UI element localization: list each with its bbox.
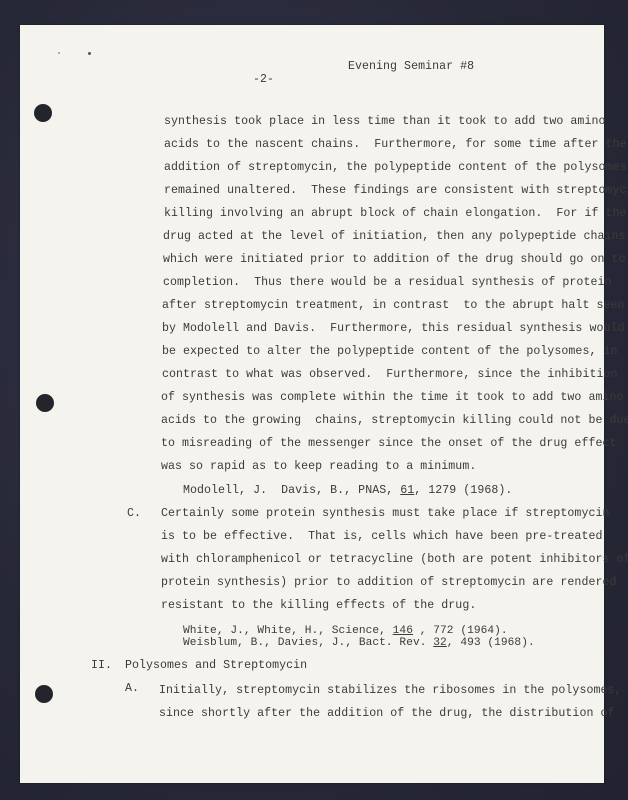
punch-hole-icon bbox=[35, 685, 53, 703]
citation-text: Weisblum, B., Davies, J., Bact. Rev. bbox=[183, 637, 433, 649]
section-marker: II. bbox=[91, 659, 112, 673]
citation-volume: 32 bbox=[433, 637, 447, 649]
text-line: completion. Thus there would be a residu… bbox=[163, 276, 611, 290]
text-line: contrast to what was observed. Furthermo… bbox=[162, 368, 617, 382]
text-line: resistant to the killing effects of the … bbox=[161, 599, 476, 613]
text-line: acids to the growing chains, streptomyci… bbox=[161, 414, 628, 428]
text-line: killing involving an abrupt block of cha… bbox=[164, 207, 627, 221]
speck-mark bbox=[58, 52, 60, 54]
text-line: by Modolell and Davis. Furthermore, this… bbox=[162, 322, 625, 336]
section-marker: C. bbox=[127, 507, 141, 521]
citation-text: Modolell, J. Davis, B., PNAS, bbox=[183, 484, 400, 497]
citation-text: , 493 (1968). bbox=[447, 637, 535, 649]
punch-hole-icon bbox=[36, 394, 54, 412]
text-line: Certainly some protein synthesis must ta… bbox=[161, 507, 609, 521]
text-line: which were initiated prior to addition o… bbox=[163, 253, 626, 267]
text-line: to misreading of the messenger since the… bbox=[161, 437, 616, 451]
text-line: was so rapid as to keep reading to a min… bbox=[161, 460, 476, 474]
citation-volume: 61 bbox=[400, 484, 414, 497]
text-line: remained unaltered. These findings are c… bbox=[164, 184, 628, 198]
text-line: after streptomycin treatment, in contras… bbox=[162, 299, 625, 313]
text-line: protein synthesis) prior to addition of … bbox=[161, 576, 616, 590]
citation-modolell: Modolell, J. Davis, B., PNAS, 61, 1279 (… bbox=[183, 484, 512, 498]
speck-mark bbox=[88, 52, 91, 55]
text-line: acids to the nascent chains. Furthermore… bbox=[164, 138, 627, 152]
text-line: of synthesis was complete within the tim… bbox=[161, 391, 624, 405]
text-line: since shortly after the addition of the … bbox=[159, 707, 614, 721]
text-line: with chloramphenicol or tetracycline (bo… bbox=[161, 553, 628, 567]
header-title: Evening Seminar #8 bbox=[348, 60, 474, 74]
citation-text: , 1279 (1968). bbox=[414, 484, 512, 497]
citation-text: White, J., White, H., Science, bbox=[183, 625, 393, 637]
text-line: Initially, streptomycin stabilizes the r… bbox=[159, 684, 622, 698]
citation-volume: 146 bbox=[393, 625, 413, 637]
citation-white: White, J., White, H., Science, 146 , 772… bbox=[183, 625, 508, 637]
page-number: -2- bbox=[253, 73, 274, 87]
section-title: Polysomes and Streptomycin bbox=[125, 659, 307, 673]
text-line: is to be effective. That is, cells which… bbox=[161, 530, 602, 544]
text-line: synthesis took place in less time than i… bbox=[164, 115, 605, 129]
text-line: addition of streptomycin, the polypeptid… bbox=[164, 161, 627, 175]
subsection-marker: A. bbox=[125, 682, 139, 696]
text-line: be expected to alter the polypeptide con… bbox=[162, 345, 617, 359]
text-line: drug acted at the level of initiation, t… bbox=[163, 230, 626, 244]
citation-weisblum: Weisblum, B., Davies, J., Bact. Rev. 32,… bbox=[183, 637, 535, 649]
punch-hole-icon bbox=[34, 104, 52, 122]
citation-text: , 772 (1964). bbox=[413, 625, 508, 637]
